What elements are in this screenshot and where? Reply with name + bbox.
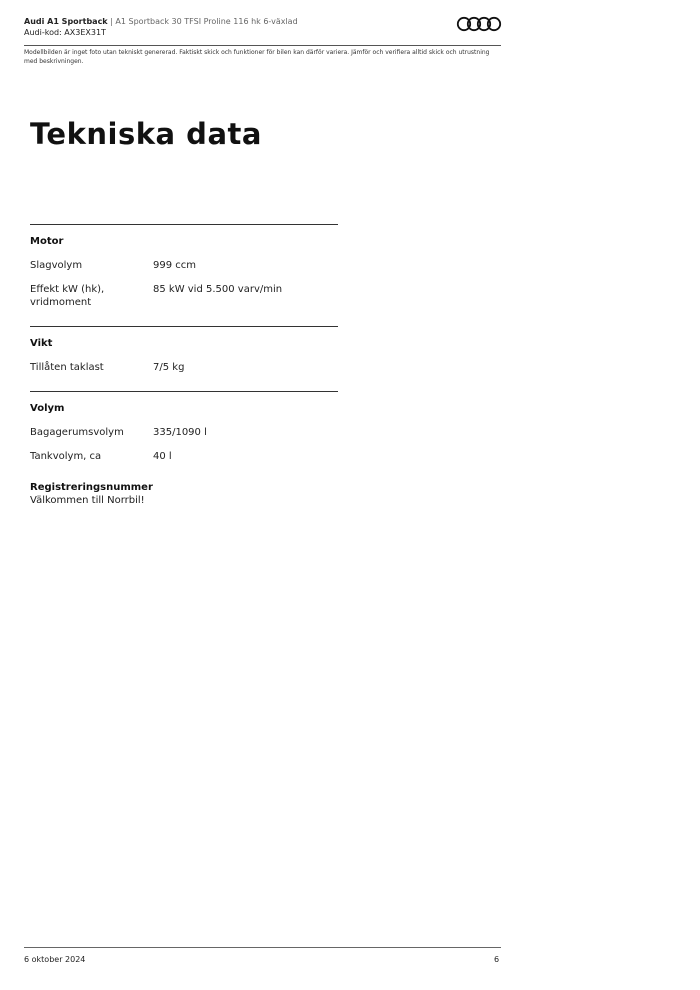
page-number: 6 — [494, 955, 499, 964]
spec-label: Bagagerumsvolym — [30, 426, 153, 439]
section-motor: Motor Slagvolym 999 ccm Effekt kW (hk), … — [30, 224, 338, 326]
section-vikt: Vikt Tillåten taklast 7/5 kg — [30, 326, 338, 391]
footer-date: 6 oktober 2024 — [24, 955, 85, 964]
section-title: Vikt — [30, 337, 338, 351]
spec-label: Tillåten taklast — [30, 361, 153, 374]
vehicle-line: Audi A1 Sportback | A1 Sportback 30 TFSI… — [24, 16, 298, 27]
registration-block: Registreringsnummer Välkommen till Norrb… — [30, 481, 153, 507]
spec-row: Bagagerumsvolym 335/1090 l — [30, 426, 338, 439]
section-title: Volym — [30, 402, 338, 416]
section-title: Motor — [30, 235, 338, 249]
footer-divider — [24, 947, 501, 948]
spec-value: 40 l — [153, 450, 338, 463]
spec-label: Effekt kW (hk), vridmoment — [30, 283, 133, 309]
spec-row: Tankvolym, ca 40 l — [30, 450, 338, 463]
disclaimer-text: Modellbilden är inget foto utan tekniskt… — [24, 48, 502, 66]
section-volym: Volym Bagagerumsvolym 335/1090 l Tankvol… — [30, 391, 338, 480]
document-header: Audi A1 Sportback | A1 Sportback 30 TFSI… — [24, 16, 298, 38]
registration-text: Välkommen till Norrbil! — [30, 494, 153, 507]
spec-label: Slagvolym — [30, 259, 153, 272]
spec-value: 85 kW vid 5.500 varv/min — [153, 283, 338, 309]
spec-row: Effekt kW (hk), vridmoment 85 kW vid 5.5… — [30, 283, 338, 309]
page-title: Tekniska data — [30, 117, 262, 151]
header-divider — [24, 45, 501, 46]
model-name: Audi A1 Sportback — [24, 17, 108, 26]
audi-code: Audi-kod: AX3EX31T — [24, 27, 298, 38]
registration-title: Registreringsnummer — [30, 481, 153, 494]
model-variant: A1 Sportback 30 TFSI Proline 116 hk 6-vä… — [115, 17, 297, 26]
spec-value: 335/1090 l — [153, 426, 338, 439]
spec-row: Tillåten taklast 7/5 kg — [30, 361, 338, 374]
spec-table: Motor Slagvolym 999 ccm Effekt kW (hk), … — [30, 224, 338, 480]
spec-row: Slagvolym 999 ccm — [30, 259, 338, 272]
audi-rings-logo-icon — [456, 16, 502, 32]
spec-label: Tankvolym, ca — [30, 450, 153, 463]
spec-value: 999 ccm — [153, 259, 338, 272]
spec-value: 7/5 kg — [153, 361, 338, 374]
